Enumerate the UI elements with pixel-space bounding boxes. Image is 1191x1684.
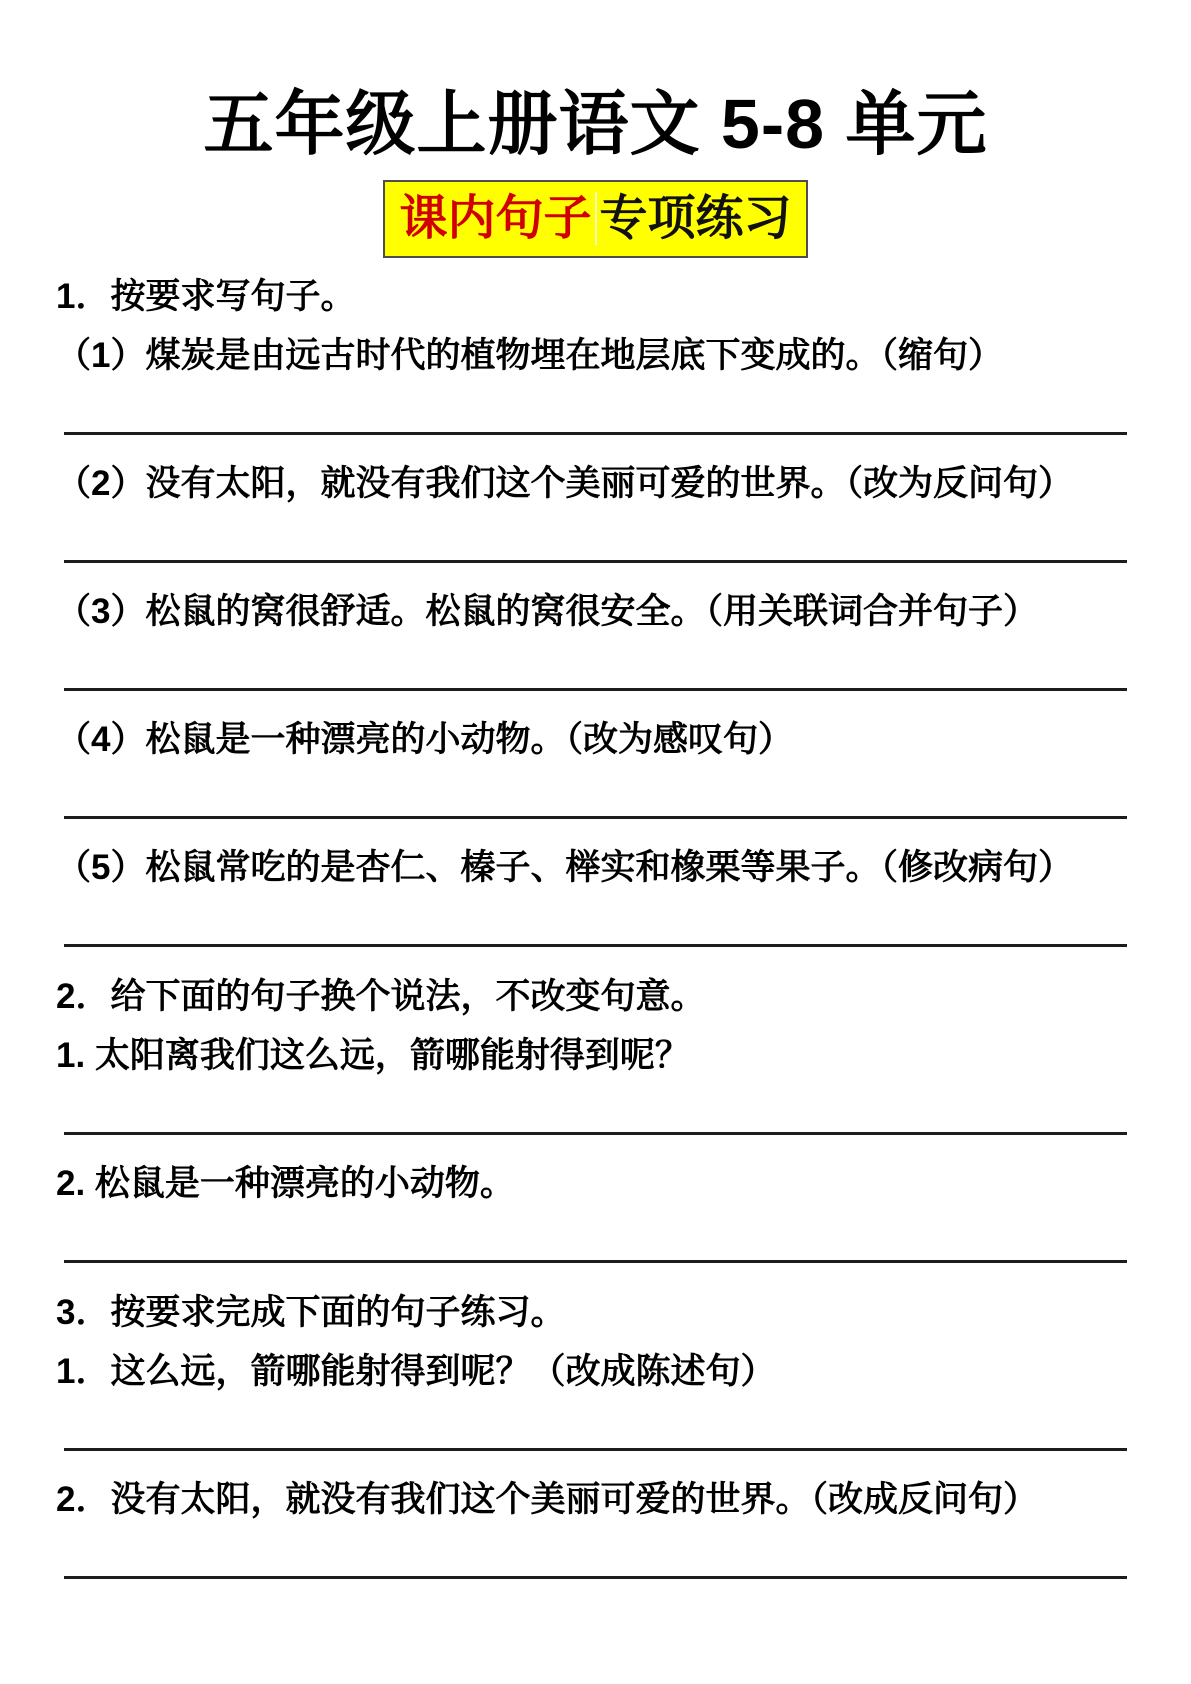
section-3-heading: 3．按要求完成下面的句子练习。	[56, 1290, 1135, 1335]
answer-line	[64, 816, 1127, 819]
answer-line	[64, 560, 1127, 563]
page-title: 五年级上册语文 5-8 单元	[0, 0, 1191, 164]
section-2-item-2-text: 2. 松鼠是一种漂亮的小动物。	[56, 1161, 1135, 1206]
subtitle-black-text: 专项练习	[595, 192, 792, 245]
subtitle-row: 课内句子专项练习	[0, 180, 1191, 258]
section-3-item-1-text: 1．这么远，箭哪能射得到呢？（改成陈述句）	[56, 1349, 1135, 1394]
answer-line	[64, 1576, 1127, 1579]
answer-line	[64, 1260, 1127, 1263]
subtitle-red-text: 课内句子	[399, 192, 594, 245]
section-1-item-5-text: （5）松鼠常吃的是杏仁、榛子、榉实和橡栗等果子。（修改病句）	[56, 845, 1135, 890]
answer-line	[64, 1448, 1127, 1451]
section-1-item-4-text: （4）松鼠是一种漂亮的小动物。（改为感叹句）	[56, 717, 1135, 762]
answer-line	[64, 688, 1127, 691]
answer-line	[64, 944, 1127, 947]
answer-line	[64, 432, 1127, 435]
section-1-item-3-text: （3）松鼠的窝很舒适。松鼠的窝很安全。（用关联词合并句子）	[56, 589, 1135, 634]
answer-line	[64, 1132, 1127, 1135]
subtitle-highlight: 课内句子专项练习	[383, 180, 807, 258]
section-1-item-1-text: （1）煤炭是由远古时代的植物埋在地层底下变成的。（缩句）	[56, 333, 1135, 378]
section-1-item-2-text: （2）没有太阳，就没有我们这个美丽可爱的世界。（改为反问句）	[56, 461, 1135, 506]
section-3-item-2-text: 2．没有太阳，就没有我们这个美丽可爱的世界。（改成反问句）	[56, 1477, 1135, 1522]
section-2-item-1-text: 1. 太阳离我们这么远，箭哪能射得到呢？	[56, 1033, 1135, 1078]
section-2-heading: 2．给下面的句子换个说法，不改变句意。	[56, 974, 1135, 1019]
section-1-heading: 1．按要求写句子。	[56, 274, 1135, 319]
worksheet-page: 五年级上册语文 5-8 单元 课内句子专项练习 1．按要求写句子。 （1）煤炭是…	[0, 0, 1191, 1684]
worksheet-content: 1．按要求写句子。 （1）煤炭是由远古时代的植物埋在地层底下变成的。（缩句） （…	[0, 274, 1191, 1579]
